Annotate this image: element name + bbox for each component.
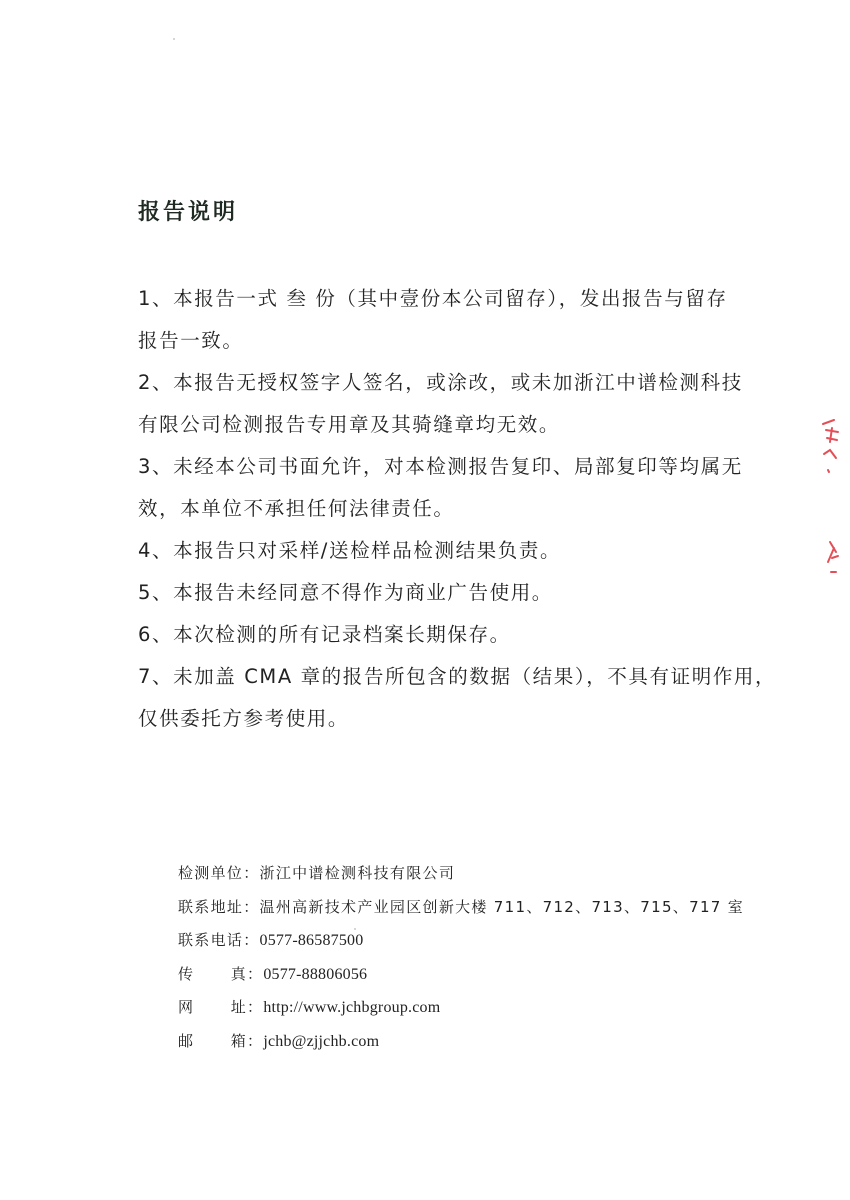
- contact-value: http://www.jchbgroup.com: [263, 999, 440, 1017]
- note-item-2: 2、本报告无授权签字人签名，或涂改，或未加浙江中谱检测科技 有限公司检测报告专用…: [138, 362, 778, 446]
- contact-value: jchb@zjjchb.com: [263, 1033, 379, 1051]
- contact-label: 邮 箱：: [178, 1030, 263, 1051]
- note-item-3: 3、未经本公司书面允许，对本检测报告复印、局部复印等均属无 效，本单位不承担任何…: [138, 446, 778, 530]
- contact-block: 检测单位： 浙江中谱检测科技有限公司 联系地址： 温州高新技术产业园区创新大楼 …: [178, 862, 744, 1063]
- contact-row-website: 网 址： http://www.jchbgroup.com: [178, 996, 744, 1030]
- contact-label: 联系电话：: [178, 929, 260, 950]
- contact-value: 0577-88806056: [263, 966, 367, 984]
- contact-label: 联系地址：: [178, 896, 260, 917]
- contact-row-address: 联系地址： 温州高新技术产业园区创新大楼 711、712、713、715、717…: [178, 896, 744, 930]
- contact-row-organization: 检测单位： 浙江中谱检测科技有限公司: [178, 862, 744, 896]
- note-text: 有限公司检测报告专用章及其骑缝章均无效。: [138, 404, 778, 446]
- note-text: 效，本单位不承担任何法律责任。: [138, 488, 778, 530]
- note-item-1: 1、本报告一式 叁 份（其中壹份本公司留存），发出报告与留存 报告一致。: [138, 278, 778, 362]
- contact-label: 传 真：: [178, 963, 263, 984]
- notes-list: 1、本报告一式 叁 份（其中壹份本公司留存），发出报告与留存 报告一致。 2、本…: [138, 278, 778, 740]
- note-text: 4、本报告只对采样/送检样品检测结果负责。: [138, 530, 778, 572]
- contact-row-email: 邮 箱： jchb@zjjchb.com: [178, 1030, 744, 1064]
- note-text: 报告一致。: [138, 320, 778, 362]
- note-text: 2、本报告无授权签字人签名，或涂改，或未加浙江中谱检测科技: [138, 362, 778, 404]
- note-text: 3、未经本公司书面允许，对本检测报告复印、局部复印等均属无: [138, 446, 778, 488]
- contact-value: 浙江中谱检测科技有限公司: [260, 862, 456, 883]
- note-item-4: 4、本报告只对采样/送检样品检测结果负责。: [138, 530, 778, 572]
- contact-label: 网 址：: [178, 996, 263, 1017]
- note-item-6: 6、本次检测的所有记录档案长期保存。: [138, 614, 778, 656]
- seam-seal-stamp-icon: [818, 410, 848, 580]
- contact-value: 温州高新技术产业园区创新大楼 711、712、713、715、717 室: [260, 896, 745, 917]
- scan-speck: [354, 928, 356, 930]
- contact-row-phone: 联系电话： 0577-86587500: [178, 929, 744, 963]
- note-text: 7、未加盖 CMA 章的报告所包含的数据（结果），不具有证明作用，: [138, 656, 778, 698]
- note-text: 5、本报告未经同意不得作为商业广告使用。: [138, 572, 778, 614]
- contact-row-fax: 传 真： 0577-88806056: [178, 963, 744, 997]
- note-item-5: 5、本报告未经同意不得作为商业广告使用。: [138, 572, 778, 614]
- note-text: 仅供委托方参考使用。: [138, 698, 778, 740]
- scan-speck: [173, 38, 175, 40]
- contact-label: 检测单位：: [178, 862, 260, 883]
- contact-value: 0577-86587500: [260, 932, 364, 950]
- page-title: 报告说明: [138, 195, 238, 226]
- note-text: 6、本次检测的所有记录档案长期保存。: [138, 614, 778, 656]
- note-text: 1、本报告一式 叁 份（其中壹份本公司留存），发出报告与留存: [138, 278, 778, 320]
- note-item-7: 7、未加盖 CMA 章的报告所包含的数据（结果），不具有证明作用， 仅供委托方参…: [138, 656, 778, 740]
